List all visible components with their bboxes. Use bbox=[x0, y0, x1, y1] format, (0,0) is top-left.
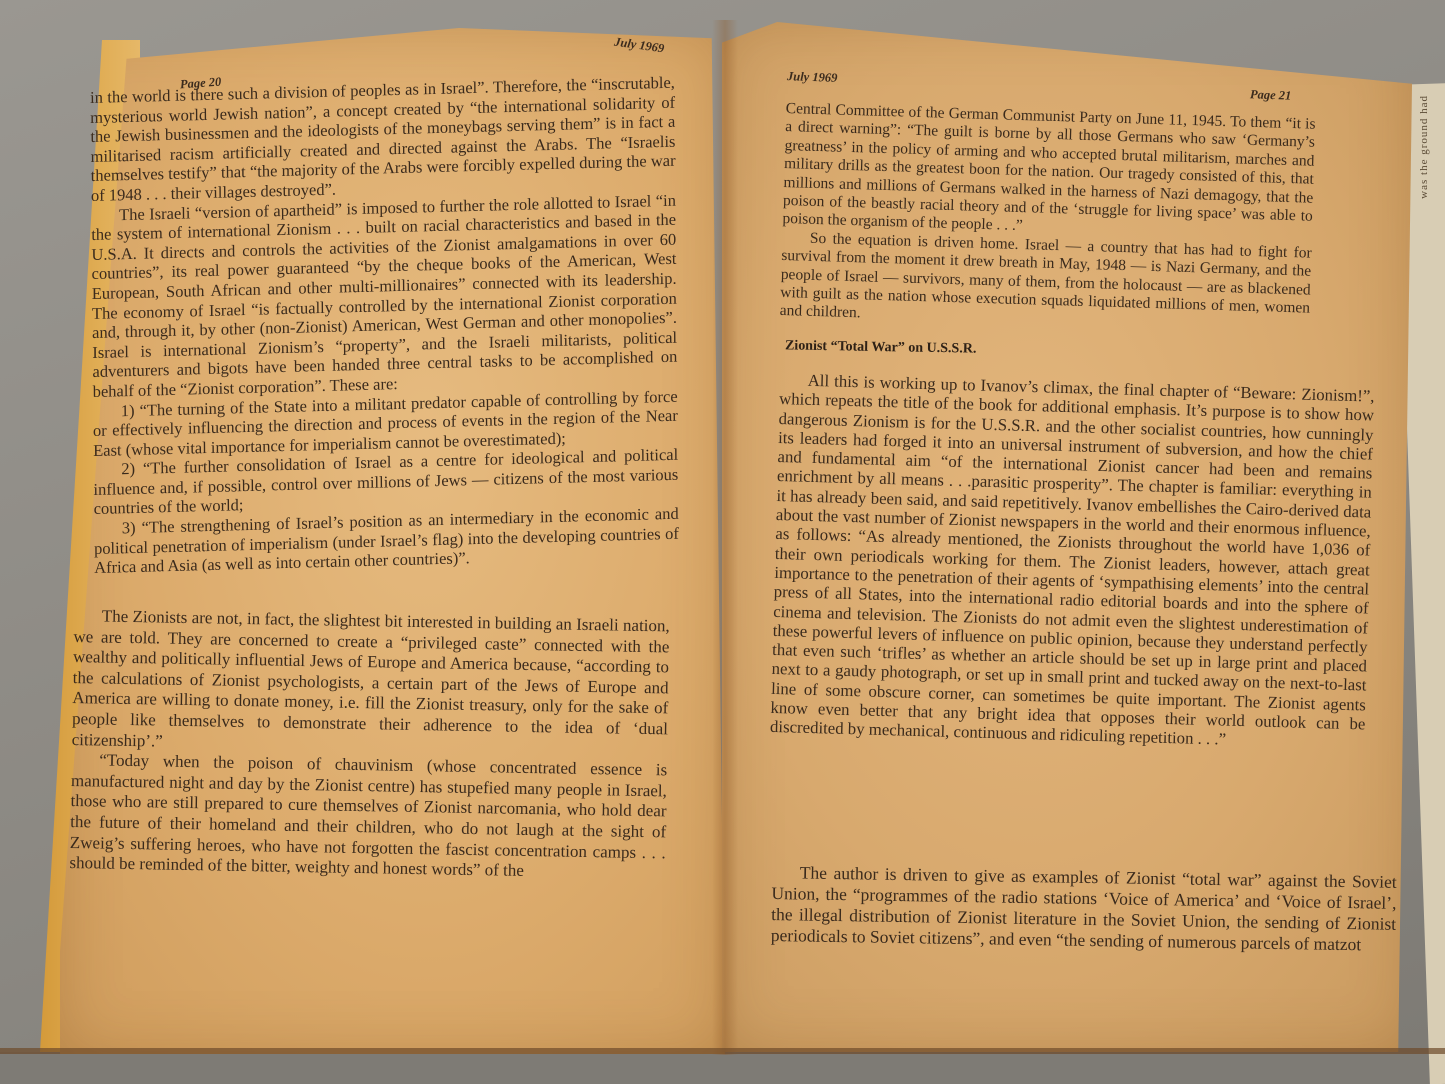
right-page-upper-text: Central Committee of the German Communis… bbox=[779, 100, 1315, 337]
section-heading: Zionist “Total War” on U.S.S.R. bbox=[785, 338, 977, 357]
book-gutter bbox=[712, 20, 738, 1055]
paragraph: The Israeli “version of apartheid” is im… bbox=[91, 190, 678, 401]
paragraph: The author is driven to give as examples… bbox=[771, 862, 1397, 956]
page-bottom-edge bbox=[0, 1048, 1445, 1054]
photo-scene: was the ground had Page 20 July 1969 in … bbox=[0, 0, 1445, 1084]
paragraph: All this is working up to Ivanov’s clima… bbox=[770, 370, 1375, 753]
underlying-sheet-text: was the ground had bbox=[1418, 95, 1430, 199]
right-page-last-text: The author is driven to give as examples… bbox=[771, 862, 1397, 956]
left-page-lower-text: The Zionists are not, in fact, the sligh… bbox=[69, 606, 670, 884]
page-number-right: Page 21 bbox=[1250, 87, 1292, 103]
paragraph: in the world is there such a division of… bbox=[90, 73, 676, 206]
date-header-right: July 1969 bbox=[787, 69, 838, 86]
paragraph: So the equation is driven home. Israel —… bbox=[779, 229, 1311, 337]
paragraph: The Zionists are not, in fact, the sligh… bbox=[71, 606, 669, 761]
paragraph: “Today when the poison of chauvinism (wh… bbox=[69, 750, 667, 884]
paragraph: Central Committee of the German Communis… bbox=[782, 100, 1316, 245]
right-page-lower-text: All this is working up to Ivanov’s clima… bbox=[770, 370, 1375, 753]
table-surface bbox=[0, 1052, 1445, 1084]
left-page-upper-text: in the world is there such a division of… bbox=[90, 73, 679, 578]
